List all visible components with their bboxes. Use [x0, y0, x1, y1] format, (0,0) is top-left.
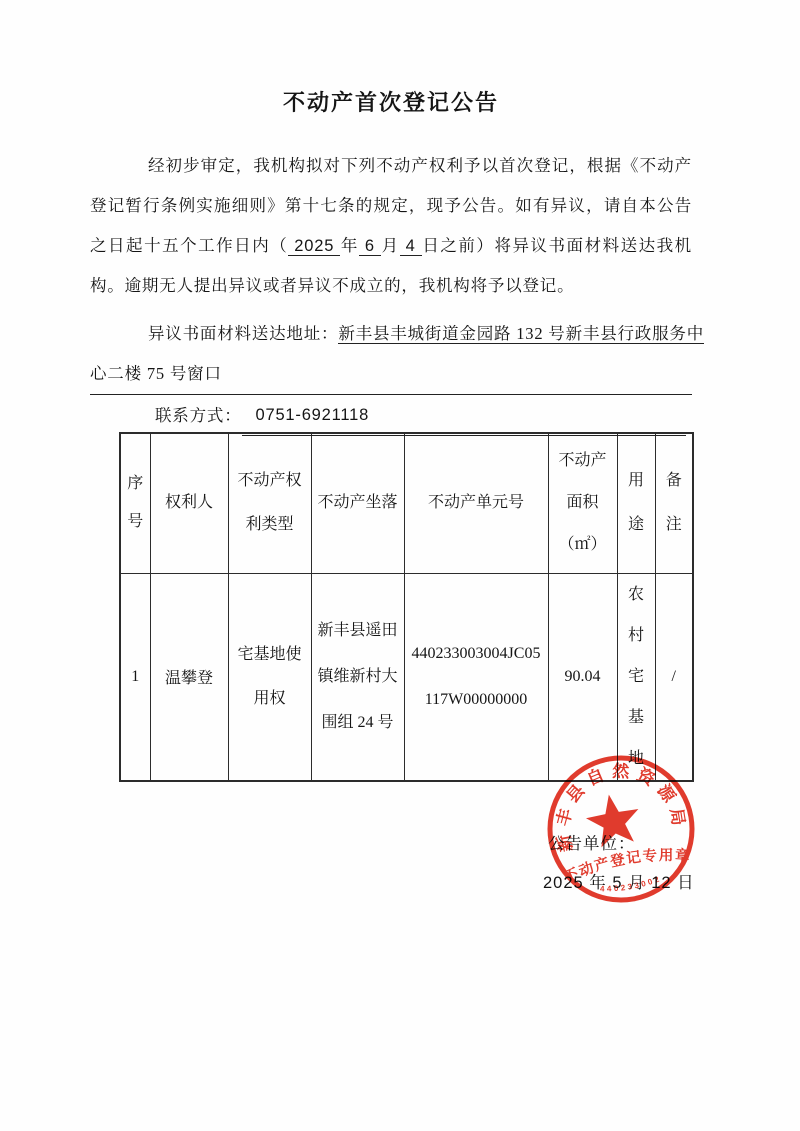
- cell-usage-char-1: 农: [618, 574, 655, 615]
- deadline-month: 6: [359, 237, 381, 256]
- header-area-line-3: （㎡）: [549, 524, 617, 566]
- contact-label: 联系方式：: [155, 396, 242, 436]
- header-usage-char-2: 途: [618, 503, 655, 547]
- cell-seq: 1: [120, 573, 150, 781]
- cell-location: 新丰县遥田 镇维新村大 围组 24 号: [311, 573, 404, 781]
- deadline-year: 2025: [288, 237, 340, 256]
- cell-unit-no-line-1: 440233003004JC05: [405, 631, 548, 677]
- page-title: 不动产首次登记公告: [90, 88, 692, 118]
- header-right-type: 不动产权 利类型: [228, 433, 311, 573]
- cell-usage-char-3: 宅: [618, 656, 655, 697]
- header-usage-char-1: 用: [618, 459, 655, 503]
- address-line: 异议书面材料送达地址：新丰县丰城街道金园路 132 号新丰县行政服务中: [90, 314, 692, 354]
- header-holder: 权利人: [150, 433, 228, 573]
- cell-location-line-3: 围组 24 号: [312, 700, 404, 746]
- header-seq-char-2: 号: [121, 503, 150, 541]
- cell-usage-char-2: 村: [618, 615, 655, 656]
- address-value-1: 新丰县丰城街道金园路 132 号新丰县行政服务中: [338, 324, 704, 344]
- contact-value: 0751-6921118: [242, 395, 687, 436]
- header-seq: 序 号: [120, 433, 150, 573]
- contact-line: 联系方式： 0751-6921118: [90, 395, 686, 436]
- header-remark-char-1: 备: [656, 459, 693, 503]
- cell-unit-no: 440233003004JC05 117W00000000: [404, 573, 548, 781]
- seal-star-icon: [583, 790, 644, 849]
- header-unit-no-label: 不动产单元号: [405, 481, 548, 525]
- header-location-label: 不动产坐落: [312, 481, 404, 525]
- header-unit-no: 不动产单元号: [404, 433, 548, 573]
- header-location: 不动产坐落: [311, 433, 404, 573]
- cell-location-line-1: 新丰县遥田: [312, 608, 404, 654]
- seal-organization-text: 新丰县自然资源局: [542, 750, 690, 854]
- document-page: 不动产首次登记公告 经初步审定，我机构拟对下列不动产权利予以首次登记，根据《不动…: [0, 0, 800, 1131]
- cell-usage-char-4: 基: [618, 697, 655, 738]
- header-remark-char-2: 注: [656, 503, 693, 547]
- header-area-line-1: 不动产: [549, 440, 617, 482]
- month-unit: 月: [381, 236, 400, 255]
- document-content: 不动产首次登记公告 经初步审定，我机构拟对下列不动产权利予以首次登记，根据《不动…: [0, 0, 692, 782]
- header-remark: 备 注: [655, 433, 693, 573]
- header-area: 不动产 面积 （㎡）: [548, 433, 617, 573]
- address-label: 异议书面材料送达地址：: [148, 324, 338, 343]
- cell-unit-no-line-2: 117W00000000: [405, 677, 548, 723]
- seal-type-text: 不动产登记专用章: [559, 838, 694, 887]
- cell-right-type-line-2: 用权: [229, 677, 311, 721]
- header-area-line-2: 面积: [549, 482, 617, 524]
- cell-location-line-2: 镇维新村大: [312, 654, 404, 700]
- cell-right-type-line-1: 宅基地使: [229, 633, 311, 677]
- registration-table: 序 号 权利人 不动产权 利类型 不动产坐落 不动产单元号 不动产: [119, 432, 694, 782]
- header-seq-char-1: 序: [121, 465, 150, 503]
- cell-right-type: 宅基地使 用权: [228, 573, 311, 781]
- cell-holder: 温攀登: [150, 573, 228, 781]
- header-holder-label: 权利人: [151, 481, 228, 525]
- header-usage: 用 途: [617, 433, 655, 573]
- official-seal-stamp: 新丰县自然资源局 不动产登记专用章 440233002: [536, 744, 706, 914]
- table-header-row: 序 号 权利人 不动产权 利类型 不动产坐落 不动产单元号 不动产: [120, 433, 693, 573]
- deadline-day: 4: [400, 237, 422, 256]
- year-unit: 年: [340, 236, 359, 255]
- intro-paragraph: 经初步审定，我机构拟对下列不动产权利予以首次登记，根据《不动产登记暂行条例实施细…: [90, 146, 692, 306]
- header-right-type-line-2: 利类型: [229, 503, 311, 547]
- header-right-type-line-1: 不动产权: [229, 459, 311, 503]
- address-value-2: 心二楼 75 号窗口: [90, 354, 692, 395]
